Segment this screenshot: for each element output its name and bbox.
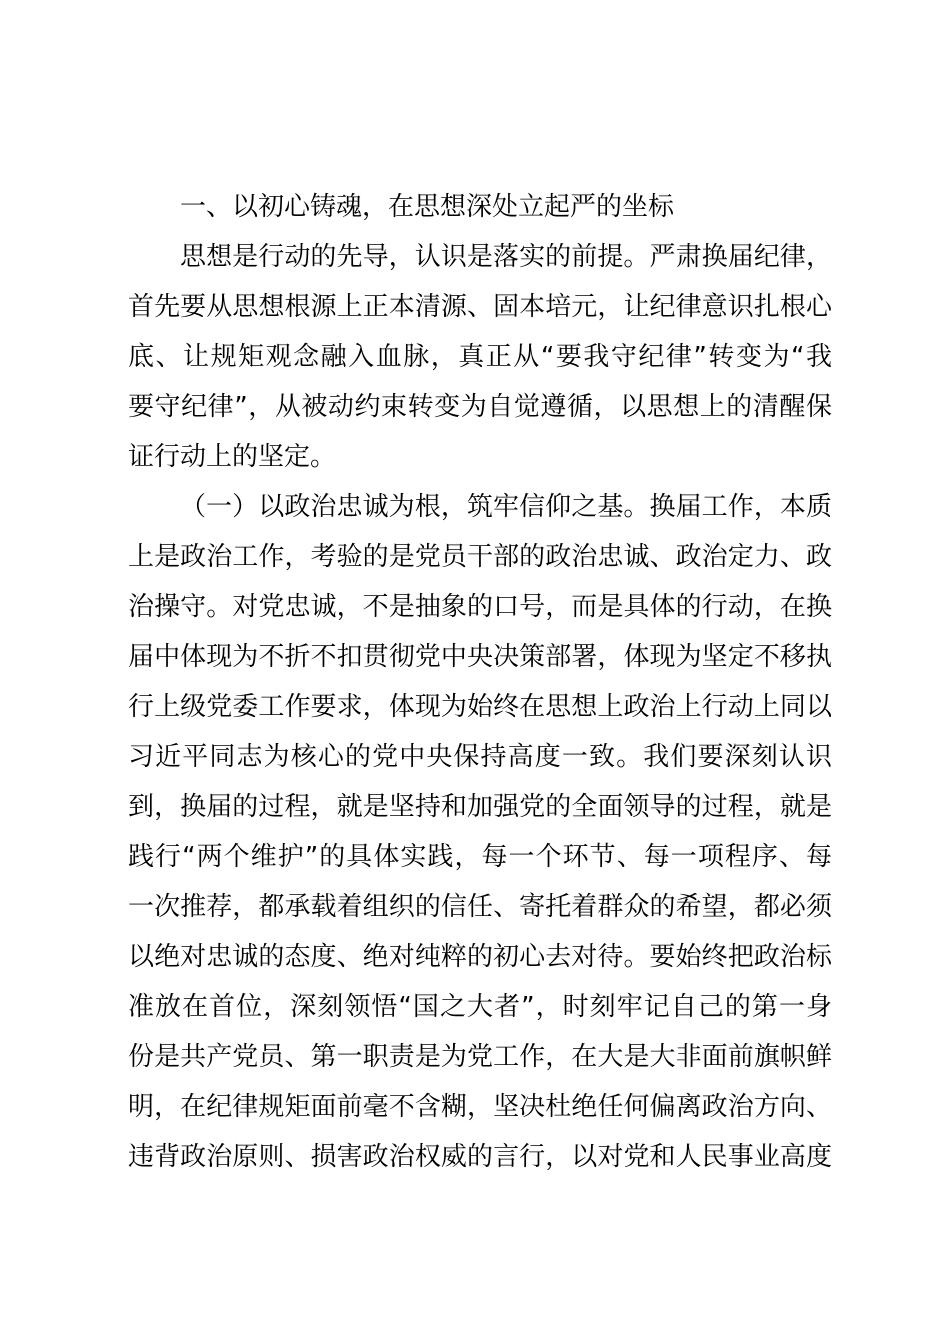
paragraph-line: 治操守。对党忠诚，不是抽象的口号，而是具体的行动，在换: [128, 582, 832, 632]
paragraph-line: 习近平同志为核心的党中央保持高度一致。我们要深刻认识: [128, 732, 832, 782]
paragraph-line: 践行“两个维护”的具体实践，每一个环节、每一项程序、每: [128, 832, 832, 882]
paragraph-line: 证行动上的坚定。: [128, 432, 832, 482]
paragraph-line: 行上级党委工作要求，体现为始终在思想上政治上行动上同以: [128, 682, 832, 732]
paragraph-line: 以绝对忠诚的态度、绝对纯粹的初心去对待。要始终把政治标: [128, 932, 832, 982]
paragraph-line: 要守纪律”，从被动约束转变为自觉遵循，以思想上的清醒保: [128, 382, 832, 432]
paragraph-line: 底、让规矩观念融入血脉，真正从“要我守纪律”转变为“我: [128, 332, 832, 382]
paragraph-line: 首先要从思想根源上正本清源、固本培元，让纪律意识扎根心: [128, 282, 832, 332]
paragraph-line: 上是政治工作，考验的是党员干部的政治忠诚、政治定力、政: [128, 532, 832, 582]
paragraph-line: 到，换届的过程，就是坚持和加强党的全面领导的过程，就是: [128, 782, 832, 832]
paragraph-2: （一）以政治忠诚为根，筑牢信仰之基。换届工作，本质 上是政治工作，考验的是党员干…: [128, 482, 832, 1182]
paragraph-line: 一次推荐，都承载着组织的信任、寄托着群众的希望，都必须: [128, 882, 832, 932]
paragraph-line: 思想是行动的先导，认识是落实的前提。严肃换届纪律，: [128, 232, 832, 282]
paragraph-line: 违背政治原则、损害政治权威的言行，以对党和人民事业高度: [128, 1132, 832, 1182]
section-heading: 一、以初心铸魂，在思想深处立起严的坐标: [128, 182, 832, 232]
paragraph-line: 明，在纪律规矩面前毫不含糊，坚决杜绝任何偏离政治方向、: [128, 1082, 832, 1132]
paragraph-1: 思想是行动的先导，认识是落实的前提。严肃换届纪律， 首先要从思想根源上正本清源、…: [128, 232, 832, 482]
paragraph-line: 届中体现为不折不扣贯彻党中央决策部署，体现为坚定不移执: [128, 632, 832, 682]
paragraph-line: 份是共产党员、第一职责是为党工作，在大是大非面前旗帜鲜: [128, 1032, 832, 1082]
document-page: 一、以初心铸魂，在思想深处立起严的坐标 思想是行动的先导，认识是落实的前提。严肃…: [128, 182, 832, 1182]
paragraph-line: 准放在首位，深刻领悟“国之大者”，时刻牢记自己的第一身: [128, 982, 832, 1032]
paragraph-line: （一）以政治忠诚为根，筑牢信仰之基。换届工作，本质: [128, 482, 832, 532]
